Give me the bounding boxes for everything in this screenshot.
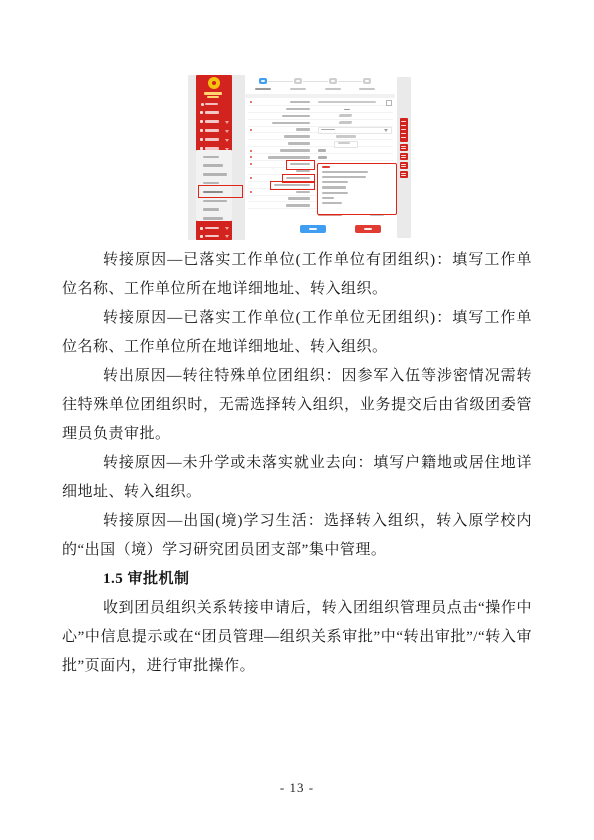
- form-row-separator: [248, 112, 393, 113]
- stepper-step-label: [290, 88, 306, 90]
- quick-nav-badge-text: [401, 129, 406, 130]
- menu-item-icon: [200, 129, 203, 132]
- stepper-step-label: [255, 88, 271, 90]
- stepper-step-label: [359, 88, 375, 90]
- cancel-button-label: [364, 228, 372, 230]
- stepper-node-dot: [365, 80, 369, 82]
- required-mark: [250, 177, 252, 179]
- form-field-value: [336, 135, 356, 138]
- dropdown-option: [322, 197, 334, 199]
- form-row-separator: [248, 105, 393, 106]
- stepper-step-label: [325, 88, 341, 90]
- form-field-label: [286, 108, 310, 111]
- dropdown-option: [322, 176, 366, 178]
- stepper-connector: [303, 81, 328, 82]
- section-heading: 1.5 审批机制: [62, 565, 532, 594]
- stepper-connector: [338, 81, 362, 82]
- chevron-down-icon: [225, 139, 229, 142]
- chevron-down-icon: [225, 121, 229, 124]
- quick-nav-badge-text: [401, 175, 406, 176]
- menu-item-label: [205, 138, 219, 141]
- form-field-value: [339, 121, 353, 124]
- menu-item-label: [205, 235, 219, 238]
- quick-nav-badge-text: [401, 164, 406, 165]
- form-field-label: [290, 101, 310, 104]
- form-field-label: [282, 115, 310, 118]
- quick-nav-badge-text: [401, 157, 406, 158]
- chevron-down-icon: [225, 130, 229, 133]
- page-number: - 13 -: [0, 780, 594, 796]
- required-mark: [250, 150, 252, 152]
- quick-nav-badge-text: [401, 148, 406, 149]
- chevron-down-icon: [225, 227, 229, 230]
- menu-item-icon: [200, 138, 203, 141]
- quick-nav-badge-text: [401, 125, 406, 126]
- form-field-label: [284, 135, 310, 138]
- dropdown-option: [322, 186, 346, 188]
- form-field-value: [318, 156, 327, 159]
- quick-nav-badge-text: [401, 173, 406, 174]
- form-field-label: [296, 170, 310, 173]
- sidebar-user-label: [205, 103, 218, 105]
- body-paragraph: 转接原因—出国(境)学习生活：选择转入组织，转入原学校内的“出国（境）学习研究团…: [62, 507, 532, 565]
- stepper-divider: [245, 94, 395, 98]
- body-paragraph: 转接原因—未升学或未落实就业去向：填写户籍地或居住地详细地址、转入组织。: [62, 449, 532, 507]
- document-page: 转接原因—已落实工作单位(工作单位有团组织)：填写工作单位名称、工作单位所在地详…: [0, 0, 594, 840]
- league-emblem-inner: [212, 81, 216, 85]
- chevron-down-icon: [225, 235, 229, 238]
- form-field-value: [318, 101, 376, 104]
- body-paragraph: 转出原因—转往特殊单位团组织：因参军入伍等涉密情况需转往特殊单位团组织时，无需选…: [62, 362, 532, 449]
- menu-item-icon: [200, 235, 203, 238]
- quick-nav-badge-text: [401, 121, 406, 122]
- quick-nav-badge-text: [401, 155, 406, 156]
- body-paragraph: 转接原因—已落实工作单位(工作单位有团组织)：填写工作单位名称、工作单位所在地详…: [62, 246, 532, 304]
- form-row-separator: [248, 119, 393, 120]
- form-field-label: [272, 122, 310, 125]
- sidebar-subtitle-line: [207, 96, 219, 98]
- form-field-label: [280, 149, 310, 152]
- form-field-label: [286, 204, 310, 207]
- form-field-label: [268, 156, 310, 159]
- body-paragraph: 收到团员组织关系转接申请后，转入团组织管理员点击“操作中心”中信息提示或在“团员…: [62, 594, 532, 681]
- form-field-value: [344, 109, 350, 110]
- chevron-down-icon: [384, 129, 388, 132]
- form-field-label: [288, 197, 310, 200]
- required-mark: [250, 101, 252, 103]
- submenu-item-label: [203, 208, 219, 211]
- dropdown-option: [322, 181, 348, 183]
- annotation-box-sidebar-item: [198, 185, 243, 198]
- menu-item-icon: [200, 111, 203, 114]
- submit-button-label: [309, 228, 317, 230]
- dropdown-option: [322, 171, 368, 173]
- window-left-strip: [188, 75, 196, 240]
- sidebar-title-line: [204, 92, 222, 95]
- form-field-label: [296, 191, 310, 194]
- menu-item-label: [205, 111, 219, 114]
- quick-nav-badge-text: [401, 133, 406, 134]
- body-paragraph: 转接原因—已落实工作单位(工作单位无团组织)：填写工作单位名称、工作单位所在地详…: [62, 304, 532, 362]
- submenu-item-label: [203, 217, 223, 220]
- form-row-separator: [248, 160, 393, 161]
- quick-nav-badge-text: [401, 137, 406, 138]
- form-field-label: [296, 128, 310, 131]
- menu-item-label: [205, 120, 219, 123]
- submenu-item-label: [203, 200, 227, 203]
- dropdown-option: [322, 192, 348, 194]
- submenu-item-label: [203, 156, 219, 159]
- form-row-separator: [248, 153, 393, 154]
- stepper-node-dot: [296, 80, 300, 82]
- quick-nav-badge-text: [401, 166, 406, 167]
- form-field-label: [288, 142, 310, 145]
- document-body: 转接原因—已落实工作单位(工作单位有团组织)：填写工作单位名称、工作单位所在地详…: [62, 246, 532, 681]
- menu-item-label: [205, 227, 219, 230]
- annotation-box-form-label: [270, 181, 315, 190]
- edit-icon: [386, 100, 392, 106]
- menu-item-label: [205, 129, 219, 132]
- embedded-screenshot: [188, 75, 415, 240]
- stepper-connector: [268, 81, 293, 82]
- required-mark: [250, 129, 252, 131]
- required-mark: [250, 191, 252, 193]
- form-field-value: [339, 114, 353, 117]
- form-field-value: [318, 149, 326, 152]
- annotation-box-form-label: [286, 160, 315, 169]
- quick-nav-badge-text: [401, 146, 406, 147]
- submenu-item-label: [203, 173, 227, 176]
- menu-item-icon: [200, 227, 203, 230]
- submenu-item-label: [203, 164, 223, 167]
- stepper-node-dot: [331, 80, 335, 82]
- input-value: [338, 142, 350, 144]
- menu-item-icon: [200, 120, 203, 123]
- content-gap: [232, 75, 245, 240]
- sidebar-user-icon: [201, 103, 204, 106]
- stepper-node-dot: [261, 80, 265, 82]
